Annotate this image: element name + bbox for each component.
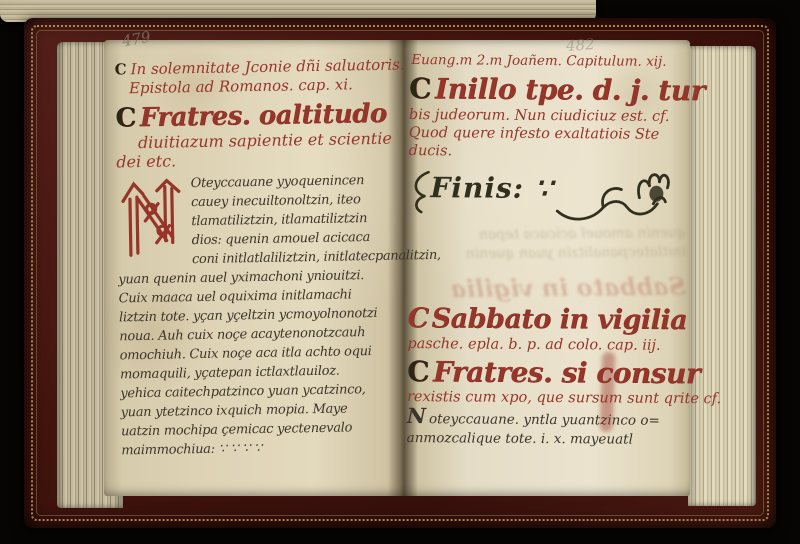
nahuatl-text: oteyccauane. yntla yuantzinco o= — [429, 411, 660, 429]
right-page-text: Euang.m 2.m Joañem. Capitulum. xij. CIni… — [407, 51, 688, 450]
left-body-paragraph: Oteyccauane yyoquenincencauey inecuilton… — [117, 171, 402, 461]
left-page-text: CIn solemnitate Jconie dñi saluatoris. E… — [115, 56, 402, 461]
manuscript-photo: 479 482 CIn solemnitate Jconie dñi salua… — [0, 0, 800, 544]
right-incipit-sub-3: ducis. — [409, 142, 687, 162]
illuminated-initial-N-icon — [121, 178, 182, 259]
left-incipit-sub-2: dei etc. — [116, 148, 396, 172]
finis-word: Finis: ∵ — [430, 168, 553, 209]
paragraph-mark: C — [407, 355, 429, 388]
nahuatl-line-1: Noteyccauane. yntla yuantzinco o= — [407, 406, 685, 431]
paragraph-mark: C — [409, 72, 431, 105]
finis-row: Finis: ∵ — [408, 168, 686, 226]
nahuatl-line-2: anmozcalique tote. i. x. mayeuatl — [407, 429, 685, 450]
paragraph-mark: C — [407, 303, 428, 334]
paragraph-mark: C — [115, 60, 127, 78]
sabbato-text: Sabbato in vigilia — [431, 303, 687, 336]
paragraph-mark: C — [115, 103, 136, 133]
sabbato-sub-rubric: pasche. epla. b. p. ad colo. cap. iij. — [407, 335, 685, 355]
right-header-rubric: Euang.m 2.m Joañem. Capitulum. xij. — [411, 51, 687, 72]
incipit-text: Fratres. oaltitudo — [139, 99, 386, 133]
finis-leaf-curl-icon — [408, 168, 430, 214]
fratres-text: Fratres. si consur — [433, 355, 700, 390]
showthrough-red-heading: Sabbato in vigilia — [426, 272, 686, 304]
left-rubric-line-2: Epistola ad Romanos. cap. xi. — [129, 75, 395, 99]
showthrough-text: quenin amouel acicaca tepan — [438, 224, 686, 246]
right-incipit-sub-1: bis judeorum. Nun ciudiciuz est. cf. — [409, 106, 687, 126]
fratres-sub-rubric: rexistis cum xpo, que sursum sunt qrite … — [407, 388, 685, 408]
rubric-text: In solemnitate Jconie dñi saluatoris. — [130, 55, 404, 78]
finis-flourish-icon — [553, 169, 671, 226]
nahuatl-initial: N — [407, 403, 426, 428]
incipit-text: Inillo tpe. d. j. tur — [435, 72, 705, 107]
page-edges-right — [688, 46, 756, 506]
fratres-heading: CFratres. si consur — [407, 356, 685, 390]
sabbato-heading: CSabbato in vigilia — [407, 303, 685, 337]
right-incipit-sub-2: Quod quere infesto exaltatiois Ste — [409, 124, 687, 144]
right-incipit-heading: CInillo tpe. d. j. tur — [409, 72, 687, 108]
red-ink-bleed — [600, 352, 616, 432]
showthrough-text: initlatecpanalitzin yuan quenin — [438, 243, 686, 265]
left-incipit-heading: CFratres. oaltitudo — [115, 99, 395, 134]
